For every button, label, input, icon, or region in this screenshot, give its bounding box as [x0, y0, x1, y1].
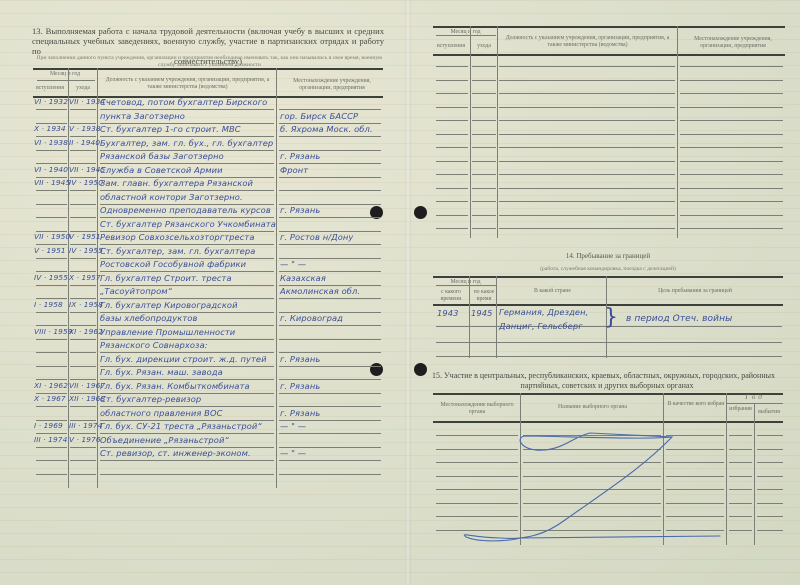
ruled-line [472, 201, 496, 202]
ruled-line [499, 147, 675, 148]
ruled-line [680, 161, 783, 162]
work-row-position: Ст. бухгалтер 1-го строит. МВС [100, 124, 241, 134]
work-row-position: Ревизор Совхозсельхозторгтреста [100, 232, 255, 242]
ruled-line [666, 476, 724, 477]
ruled-line [757, 503, 783, 504]
work-row-location: г. Рязань [280, 151, 320, 161]
ruled-line [436, 530, 518, 531]
ruled-line [523, 435, 661, 436]
work-row-entry: V · 1951 [34, 246, 66, 255]
ruled-line [757, 462, 783, 463]
work-row-entry: VIII · 1959 [34, 327, 73, 336]
ruled-line [523, 462, 661, 463]
section15-title-end: партийных, советских и других выборных о… [432, 381, 782, 391]
work-row-entry: VI · 1938 [34, 138, 68, 147]
ruled-line [279, 190, 381, 191]
work-row-exit: V · 1938 [69, 124, 101, 133]
work-row-position: Гл. бухгалтер Строит. треста [100, 273, 232, 283]
work-row-location: гор. Бирск БАССР [280, 111, 358, 121]
work-row-position: Одновременно преподаватель курсов [100, 205, 271, 215]
ruled-line [36, 474, 67, 475]
header-purpose: Цель пребывания за границей [610, 288, 780, 295]
work-row-entry: X · 1967 [34, 394, 66, 403]
ruled-line [70, 190, 96, 191]
ruled-line [666, 530, 724, 531]
ruled-line [436, 80, 468, 81]
header-position: Должность с указанием учреждения, органи… [505, 35, 670, 49]
ruled-line [36, 352, 67, 353]
ruled-line [70, 366, 96, 367]
ruled-line [757, 476, 783, 477]
work-row-position: Ростовской Гособувной фабрики [100, 259, 246, 269]
ruled-line [499, 120, 675, 121]
ruled-line [36, 460, 67, 461]
ruled-line [70, 204, 96, 205]
ruled-line [70, 312, 96, 313]
work-row-exit: X · 1957 [69, 273, 101, 282]
section14-title: 14. Пребывание за границей [432, 252, 784, 260]
ruled-line [436, 188, 468, 189]
ruled-line [36, 258, 67, 259]
work-row-position: „Тасоуйтопром“ [100, 286, 172, 296]
work-row-entry: VII · 1945 [34, 178, 70, 187]
work-row-location: г. Ростов н/Дону [280, 232, 353, 242]
work-row-position: Рязанской базы Заготзерно [100, 151, 224, 161]
ruled-line [499, 93, 675, 94]
work-row-entry: III · 1974 [34, 435, 67, 444]
ruled-line [680, 107, 783, 108]
work-row-exit: IX · 1958 [69, 300, 103, 309]
ruled-line [36, 406, 67, 407]
work-row-exit: II · 1940 [69, 138, 100, 147]
ruled-line [680, 93, 783, 94]
ruled-line [729, 530, 752, 531]
ruled-line [729, 435, 752, 436]
work-row-position: Гл. бух. Рязан. маш. завода [100, 367, 223, 377]
ruled-line [680, 66, 783, 67]
work-row-exit: IV · 1955 [69, 246, 103, 255]
work-row-location: — " — [280, 259, 306, 269]
document-spread: 13. Выполняемая работа с начала трудовой… [0, 0, 800, 585]
work-row-position: областной контори Заготзерно. [100, 192, 243, 202]
work-row-position: Ст. бухгалтер-ревизор [100, 394, 201, 404]
ruled-line [279, 136, 381, 137]
ruled-line [680, 201, 783, 202]
work-row-position: Гл. бух. дирекции строит. ж.д. путей [100, 354, 267, 364]
work-row-position: пункта Заготзерно [100, 111, 185, 121]
work-row-location: Акмолинская обл. [280, 286, 360, 296]
header-entry: вступления [433, 43, 469, 50]
ruled-line [499, 107, 675, 108]
section15-title-text: 15. Участие в центральных, республиканск… [432, 371, 775, 380]
ruled-line [70, 352, 96, 353]
ruled-line [36, 339, 67, 340]
ruled-line [436, 134, 468, 135]
ruled-line [729, 449, 752, 450]
work-row-entry: VI · 1932 [34, 97, 68, 106]
ruled-line [666, 516, 724, 517]
ruled-line [499, 66, 675, 67]
header-location: Местонахождение учреждения, организации,… [683, 36, 783, 50]
work-row-position: Гл. бух. Рязан. Комбыткомбината [100, 381, 250, 391]
work-row-location: г. Кировоград [280, 313, 343, 323]
work-row-entry: VI · 1940 [34, 165, 68, 174]
ruled-line [499, 215, 675, 216]
work-row-position: Гл. бухгалтер Кировоградской [100, 300, 238, 310]
work-row-location: — " — [280, 421, 306, 431]
ruled-line [757, 449, 783, 450]
header-position: Должность с указанием учреждения, органи… [105, 77, 270, 91]
ruled-line [70, 339, 96, 340]
ruled-line [729, 503, 752, 504]
ruled-line [499, 134, 675, 135]
ruled-line [472, 161, 496, 162]
ruled-line [472, 66, 496, 67]
ruled-line [436, 449, 518, 450]
ruled-line [436, 215, 468, 216]
work-row-entry: I · 1969 [34, 421, 63, 430]
ruled-line [70, 258, 96, 259]
abroad-to: 1945 [471, 308, 493, 318]
ruled-line [499, 161, 675, 162]
header-retired: выбытия [755, 409, 783, 416]
ruled-line [757, 435, 783, 436]
ruled-line [499, 188, 675, 189]
ruled-line [680, 120, 783, 121]
work-row-position: Гл. бух. СУ-21 треста „Рязаньстрой“ [100, 421, 262, 431]
ruled-line [36, 285, 67, 286]
ruled-line [70, 474, 96, 475]
ruled-line [757, 489, 783, 490]
ruled-line [36, 190, 67, 191]
ruled-line [436, 201, 468, 202]
work-row-exit: V · 1951 [69, 232, 101, 241]
work-row-position: Управление Промышленности [100, 327, 235, 337]
ruled-line [680, 215, 783, 216]
work-row-position: Зам. главн. бухгалтера Рязанской [100, 178, 253, 188]
ruled-line [70, 217, 96, 218]
work-row-location: Казахская [280, 273, 326, 283]
work-row-location: г. Рязань [280, 205, 320, 215]
ruled-line [729, 516, 752, 517]
ruled-line [100, 460, 274, 461]
work-row-location: г. Рязань [280, 381, 320, 391]
section13-note: При заполнении данного пункта учреждения… [32, 55, 387, 69]
ruled-line [472, 120, 496, 121]
ruled-line [70, 285, 96, 286]
ruled-line [70, 406, 96, 407]
ruled-line [279, 339, 381, 340]
header-from: с какого времени [433, 289, 469, 303]
header-location: Местонахождение учреждения, организации,… [282, 78, 382, 92]
header-month-year: Месяц и год [33, 71, 97, 78]
ruled-line [436, 435, 518, 436]
work-row-position: Ст. бухгалтер, зам. гл. бухгалтера [100, 246, 255, 256]
abroad-country-cont: Данциг, Гельсберг [499, 321, 583, 331]
ruled-line [523, 476, 661, 477]
header-organ-location: Местонахождение выборного органа [436, 402, 518, 416]
ruled-line [436, 516, 518, 517]
work-row-exit: III · 1974 [69, 421, 102, 430]
section13-title-text: 13. Выполняемая работа с начала трудовой… [32, 26, 384, 56]
ruled-line [436, 174, 468, 175]
work-row-entry: XI · 1962 [34, 381, 68, 390]
abroad-country: Германия, Дрезден, [499, 307, 588, 317]
ruled-line [436, 228, 468, 229]
hole-punch [414, 206, 427, 219]
work-row-position: Рязанского Совнархоза: [100, 340, 208, 350]
ruled-line [70, 109, 96, 110]
ruled-line [279, 298, 381, 299]
brace-mark: } [604, 305, 618, 330]
ruled-line [279, 460, 381, 461]
work-row-location: б. Яхрома Моск. обл. [280, 124, 373, 134]
abroad-from: 1943 [437, 308, 459, 318]
work-row-position: Ст. бухгалтер Рязанского Учкомбината [100, 219, 276, 229]
ruled-line [436, 147, 468, 148]
ruled-line [279, 393, 381, 394]
ruled-line [680, 134, 783, 135]
ruled-line [523, 530, 661, 531]
ruled-line [279, 325, 381, 326]
ruled-line [523, 516, 661, 517]
ruled-line [499, 174, 675, 175]
header-to: по какое время [470, 289, 498, 303]
ruled-line [472, 174, 496, 175]
ruled-line [279, 366, 381, 367]
ruled-line [523, 449, 661, 450]
work-row-location: — " — [280, 448, 306, 458]
header-organ-name: Название выборного органа [525, 404, 660, 411]
ruled-line [436, 120, 468, 121]
ruled-line [729, 476, 752, 477]
ruled-line [472, 134, 496, 135]
ruled-line [757, 530, 783, 531]
ruled-line [666, 435, 724, 436]
ruled-line [680, 147, 783, 148]
section14-subtitle: (работа, служебная командировка, поездка… [432, 266, 784, 272]
ruled-line [279, 244, 381, 245]
ruled-line [666, 462, 724, 463]
ruled-line [729, 462, 752, 463]
header-entry: вступления [33, 85, 67, 92]
ruled-line [436, 161, 468, 162]
ruled-line [499, 201, 675, 202]
work-row-entry: VII · 1950 [34, 232, 70, 241]
work-row-entry: X · 1934 [34, 124, 66, 133]
ruled-line [472, 215, 496, 216]
work-row-position: Ст. ревизор, ст. инженер-эконом. [100, 448, 251, 458]
ruled-line [436, 476, 518, 477]
work-row-position: Счетовод, потом бухгалтер Бирского [100, 97, 267, 107]
ruled-line [472, 80, 496, 81]
ruled-line [436, 489, 518, 490]
ruled-line [472, 107, 496, 108]
header-exit: ухода [68, 85, 98, 92]
ruled-line [680, 188, 783, 189]
work-row-entry: IV · 1955 [34, 273, 68, 282]
ruled-line [36, 447, 67, 448]
ruled-line [523, 503, 661, 504]
work-row-exit: V · 1976 [69, 435, 101, 444]
ruled-line [436, 107, 468, 108]
ruled-line [436, 503, 518, 504]
work-row-position: Служба в Советской Армии [100, 165, 223, 175]
ruled-line [436, 93, 468, 94]
ruled-line [279, 217, 381, 218]
ruled-line [36, 109, 67, 110]
ruled-line [36, 204, 67, 205]
work-row-location: г. Рязань [280, 354, 320, 364]
work-row-exit: IV · 1950 [69, 178, 103, 187]
ruled-line [523, 489, 661, 490]
work-row-entry: I · 1958 [34, 300, 63, 309]
ruled-line [70, 460, 96, 461]
ruled-line [680, 228, 783, 229]
ruled-line [729, 489, 752, 490]
ruled-line [100, 474, 274, 475]
ruled-line [472, 228, 496, 229]
ruled-line [666, 503, 724, 504]
ruled-line [279, 177, 381, 178]
header-month-year: Месяц и год [433, 29, 498, 36]
header-exit: ухода [470, 43, 498, 50]
ruled-line [472, 147, 496, 148]
center-fold [405, 0, 411, 585]
ruled-line [36, 150, 67, 151]
ruled-line [279, 433, 381, 434]
ruled-line [472, 93, 496, 94]
work-row-location: Фронт [280, 165, 308, 175]
work-row-position: Объединение „Рязаньстрой“ [100, 435, 229, 445]
ruled-line [666, 449, 724, 450]
section15-title: 15. Участие в центральных, республиканск… [432, 371, 782, 391]
work-row-location: г. Рязань [280, 408, 320, 418]
ruled-line [36, 366, 67, 367]
work-row-position: Бухгалтер, зам. гл. бух., гл. бухгалтер [100, 138, 273, 148]
ruled-line [757, 516, 783, 517]
ruled-line [70, 150, 96, 151]
work-row-position: базы хлебопродуктов [100, 313, 197, 323]
work-row-position: областного правления ВОС [100, 408, 222, 418]
header-capacity: В качестве кого избран [667, 401, 725, 408]
ruled-line [680, 174, 783, 175]
ruled-line [666, 489, 724, 490]
header-year: Год [727, 394, 783, 401]
ruled-line [436, 66, 468, 67]
ruled-line [36, 217, 67, 218]
header-month-year: Месяц и год [433, 279, 498, 286]
ruled-line [436, 462, 518, 463]
header-country: В какой стране [500, 288, 605, 295]
ruled-line [499, 80, 675, 81]
work-row-exit: XI · 1962 [69, 327, 103, 336]
ruled-line [680, 80, 783, 81]
ruled-line [472, 188, 496, 189]
ruled-line [279, 474, 381, 475]
ruled-line [70, 447, 96, 448]
hole-punch [414, 363, 427, 376]
ruled-line [36, 312, 67, 313]
header-elected: избрания [727, 406, 754, 413]
ruled-line [499, 228, 675, 229]
abroad-purpose: в период Отеч. войны [626, 314, 732, 324]
